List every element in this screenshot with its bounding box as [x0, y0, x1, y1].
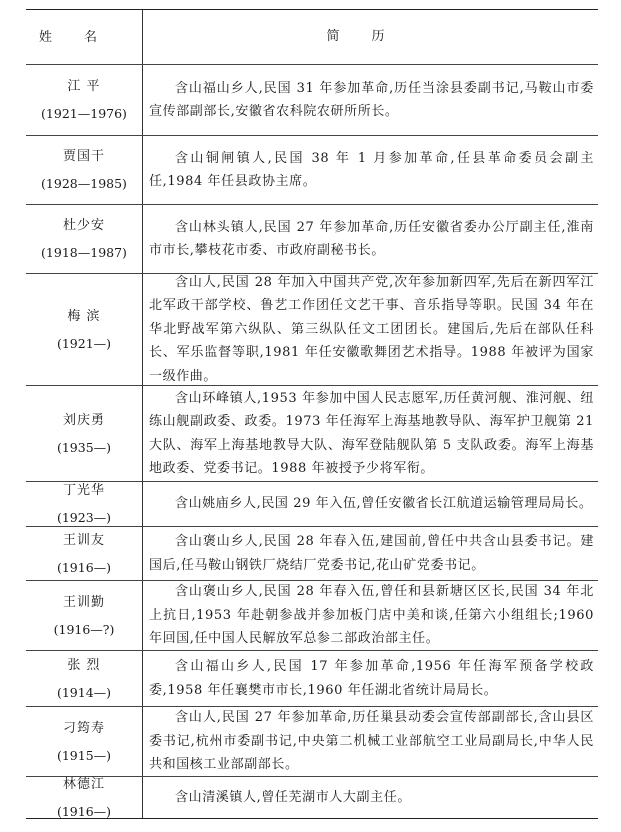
person-name: 梅 滨	[67, 303, 100, 330]
bio-text: 含山褒山乡人,民国 28 年春入伍,建国前,曾任中共含山县委书记。建国后,任马鞍…	[149, 530, 594, 577]
bio-cell: 含山铜闸镇人,民国 38 年 1 月参加革命,任县革命委员会副主任,1984 年…	[143, 136, 598, 204]
bio-cell: 含山林头镇人,民国 27 年参加革命,历任安徽省委办公厅副主任,淮南市市长,攀枝…	[143, 205, 598, 273]
person-name: 贾国干	[63, 143, 105, 170]
person-cell: 贾国干(1928—1985)	[26, 136, 143, 204]
person-name: 丁光华	[63, 477, 105, 504]
table-row: 林德江(1916—)含山清溪镇人,曾任芜湖市人大副主任。	[26, 777, 598, 818]
table-row: 丁光华(1923—)含山姚庙乡人,民国 29 年入伍,曾任安徽省长江航道运输管理…	[26, 482, 598, 527]
bio-text: 含山人,民国 27 年参加革命,历任巢县动委会宣传部副部长,含山县区委书记,杭州…	[149, 706, 594, 777]
bio-text: 含山福山乡人,民国 31 年参加革命,历任当涂县委副书记,马鞍山市委宣传部副部长…	[149, 77, 594, 124]
table-header: 姓名 简历	[26, 10, 598, 65]
person-years: (1916—)	[57, 554, 111, 581]
bio-cell: 含山人,民国 27 年参加革命,历任巢县动委会宣传部副部长,含山县区委书记,杭州…	[143, 707, 598, 776]
person-cell: 林德江(1916—)	[26, 777, 143, 818]
person-name: 王训勤	[63, 589, 105, 616]
bio-cell: 含山褒山乡人,民国 28 年春入伍,曾任和县新塘区区长,民国 34 年北上抗日,…	[143, 581, 598, 650]
person-years: (1915—)	[57, 742, 111, 769]
bio-text: 含山姚庙乡人,民国 29 年入伍,曾任安徽省长江航道运输管理局局长。	[149, 492, 592, 516]
person-years: (1921—)	[57, 330, 111, 357]
person-name: 林德江	[63, 771, 105, 798]
table-row: 王训友(1916—)含山褒山乡人,民国 28 年春入伍,建国前,曾任中共含山县委…	[26, 527, 598, 581]
table-row: 刁筠寿(1915—)含山人,民国 27 年参加革命,历任巢县动委会宣传部副部长,…	[26, 707, 598, 777]
person-years: (1918—1987)	[41, 239, 127, 266]
person-years: (1928—1985)	[41, 170, 127, 197]
header-bio-label: 简历	[326, 25, 416, 49]
table-row: 张 烈(1914—)含山福山乡人,民国 17 年参加革命,1956 年任海军预备…	[26, 651, 598, 707]
person-years: (1914—)	[57, 679, 111, 706]
bio-text: 含山褒山乡人,民国 28 年春入伍,曾任和县新塘区区长,民国 34 年北上抗日,…	[149, 580, 594, 651]
person-years: (1916—)	[57, 798, 111, 825]
bio-text: 含山铜闸镇人,民国 38 年 1 月参加革命,任县革命委员会副主任,1984 年…	[149, 147, 594, 194]
person-years: (1935—)	[57, 434, 111, 461]
person-cell: 杜少安(1918—1987)	[26, 205, 143, 273]
bio-cell: 含山清溪镇人,曾任芜湖市人大副主任。	[143, 777, 598, 818]
person-cell: 江 平(1921—1976)	[26, 65, 143, 135]
bio-cell: 含山环峰镇人,1953 年参加中国人民志愿军,历任黄河舰、淮河舰、纽练山舰副政委…	[143, 386, 598, 481]
person-name: 江 平	[67, 73, 100, 100]
bio-text: 含山福山乡人,民国 17 年参加革命,1956 年任海军预备学校政委,1958 …	[149, 655, 594, 702]
bio-text: 含山林头镇人,民国 27 年参加革命,历任安徽省委办公厅副主任,淮南市市长,攀枝…	[149, 216, 594, 263]
bio-cell: 含山褒山乡人,民国 28 年春入伍,建国前,曾任中共含山县委书记。建国后,任马鞍…	[143, 527, 598, 580]
person-cell: 刁筠寿(1915—)	[26, 707, 143, 776]
person-cell: 王训友(1916—)	[26, 527, 143, 580]
header-bio: 简历	[143, 10, 598, 64]
person-name: 张 烈	[67, 652, 100, 679]
table-row: 梅 滨(1921—)含山人,民国 28 年加入中国共产党,次年参加新四军,先后在…	[26, 274, 598, 386]
header-name: 姓名	[26, 10, 143, 64]
person-name: 刁筠寿	[63, 715, 105, 742]
person-years: (1921—1976)	[41, 100, 127, 127]
person-cell: 丁光华(1923—)	[26, 482, 143, 526]
bio-text: 含山环峰镇人,1953 年参加中国人民志愿军,历任黄河舰、淮河舰、纽练山舰副政委…	[149, 387, 594, 481]
bio-cell: 含山人,民国 28 年加入中国共产党,次年参加新四军,先后在新四军江北军政干部学…	[143, 274, 598, 385]
table-row: 江 平(1921—1976)含山福山乡人,民国 31 年参加革命,历任当涂县委副…	[26, 65, 598, 136]
person-cell: 刘庆勇(1935—)	[26, 386, 143, 481]
person-cell: 王训勤(1916—?)	[26, 581, 143, 650]
bio-cell: 含山福山乡人,民国 17 年参加革命,1956 年任海军预备学校政委,1958 …	[143, 651, 598, 706]
person-name: 刘庆勇	[63, 407, 105, 434]
header-name-label: 姓名	[39, 24, 129, 51]
table-row: 杜少安(1918—1987)含山林头镇人,民国 27 年参加革命,历任安徽省委办…	[26, 205, 598, 274]
biography-table: 姓名 简历 江 平(1921—1976)含山福山乡人,民国 31 年参加革命,历…	[26, 9, 598, 819]
table-row: 贾国干(1928—1985)含山铜闸镇人,民国 38 年 1 月参加革命,任县革…	[26, 136, 598, 205]
bio-text: 含山人,民国 28 年加入中国共产党,次年参加新四军,先后在新四军江北军政干部学…	[149, 271, 594, 389]
person-cell: 梅 滨(1921—)	[26, 274, 143, 385]
person-years: (1916—?)	[54, 616, 115, 643]
bio-cell: 含山福山乡人,民国 31 年参加革命,历任当涂县委副书记,马鞍山市委宣传部副部长…	[143, 65, 598, 135]
person-name: 杜少安	[63, 212, 105, 239]
bio-cell: 含山姚庙乡人,民国 29 年入伍,曾任安徽省长江航道运输管理局局长。	[143, 482, 598, 526]
person-name: 王训友	[63, 527, 105, 554]
table-row: 刘庆勇(1935—)含山环峰镇人,1953 年参加中国人民志愿军,历任黄河舰、淮…	[26, 386, 598, 482]
bio-text: 含山清溪镇人,曾任芜湖市人大副主任。	[149, 786, 411, 810]
table-row: 王训勤(1916—?)含山褒山乡人,民国 28 年春入伍,曾任和县新塘区区长,民…	[26, 581, 598, 651]
person-cell: 张 烈(1914—)	[26, 651, 143, 706]
